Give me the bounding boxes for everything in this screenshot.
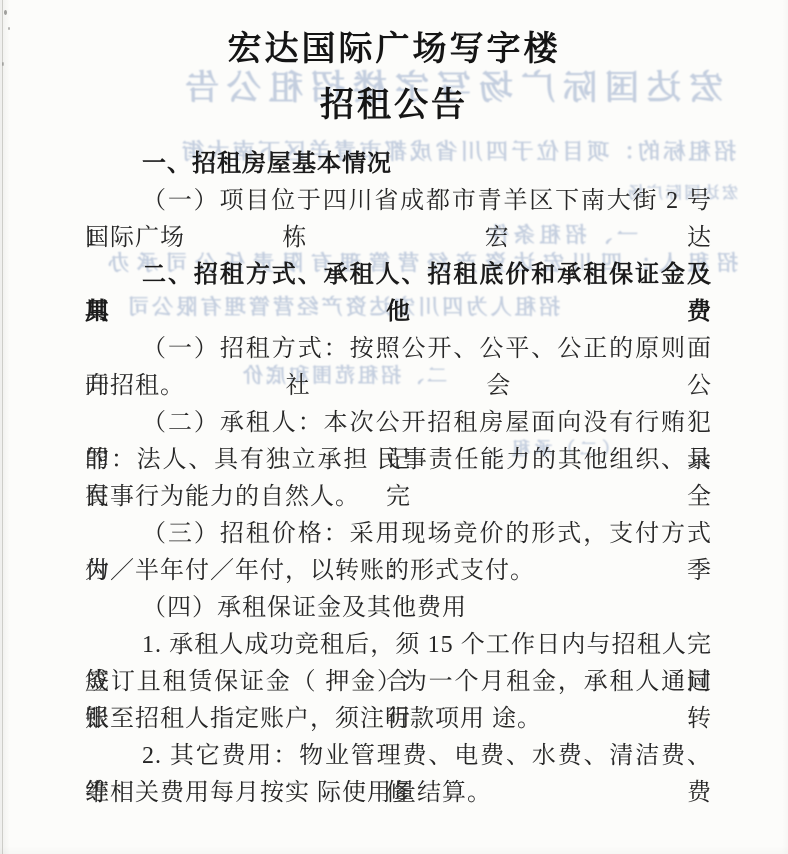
doc-line: 签订且租赁保证金（ 押金）为一个月租金，承租人通过银行转	[85, 664, 712, 701]
scan-edge-artifact	[2, 0, 3, 854]
doc-line: 2. 其它费用：物业管理费、电费、水费、清洁费、维修费	[85, 738, 712, 775]
doc-line: （三）招租价格：采用现场竞价的形式，支付方式为：季	[85, 516, 712, 553]
document-page: 宏达国际广场写字楼招租公告招租标的：项目位于四川省成都市青羊区下南大街宏达国际广…	[0, 0, 788, 854]
doc-line: （二）承租人：本次公开招租房屋面向没有行贿犯罪记录	[85, 405, 712, 442]
scan-speck	[8, 27, 10, 30]
doc-line: 一、招租房屋基本情况	[85, 146, 712, 183]
doc-line: 的：法人、具有独立承担 民事责任能力的其他组织、具有完全	[85, 442, 712, 479]
page-subtitle: 招租公告	[0, 84, 788, 128]
page-title: 宏达国际广场写字楼	[0, 28, 788, 72]
doc-line: （一）招租方式：按照公开、公平、公正的原则面向社会公	[85, 331, 712, 368]
document-body: 一、招租房屋基本情况（一）项目位于四川省成都市青羊区下南大街 2 号 1 栋宏达…	[85, 146, 712, 812]
doc-line: 1. 承租人成功竞租后，须 15 个工作日内与招租人完成合同	[85, 627, 712, 664]
doc-line: （一）项目位于四川省成都市青羊区下南大街 2 号 1 栋宏达	[85, 183, 712, 220]
doc-line: （四）承租保证金及其他费用	[85, 590, 712, 627]
doc-line: 二、招租方式、承租人、招租底价和承租保证金及其他费	[85, 257, 712, 294]
scan-speck	[4, 10, 7, 15]
scan-speck	[2, 62, 4, 66]
